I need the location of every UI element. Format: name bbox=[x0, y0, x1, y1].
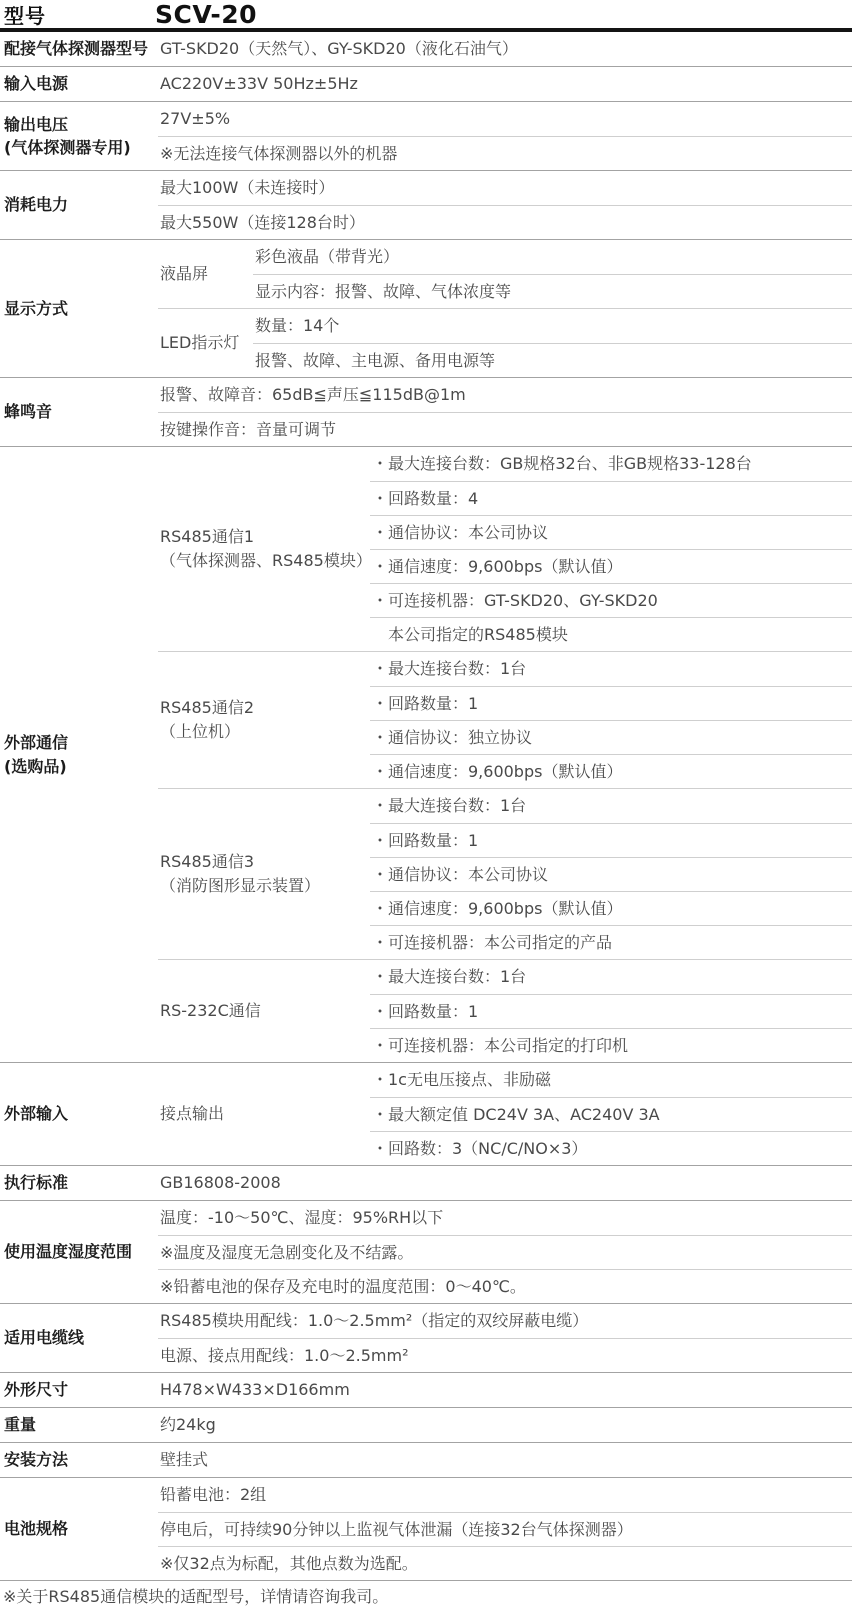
spec-row: ・通信速度：9,600bps（默认值） bbox=[370, 549, 852, 583]
section-body: 接点输出 ・1c无电压接点、非励磁 ・最大额定值 DC24V 3A、AC240V… bbox=[158, 1063, 852, 1165]
section-label: 外形尺寸 bbox=[4, 1378, 158, 1401]
spec-row: ※仅32点为标配，其他点数为选配。 bbox=[158, 1546, 852, 1580]
section-label-block: 适用电缆线 bbox=[0, 1304, 158, 1372]
group-sublabel: （气体探测器、RS485模块） bbox=[160, 549, 370, 573]
spec-row: 27V±5% bbox=[158, 102, 852, 136]
spec-row: 电源、接点用配线：1.0～2.5mm² bbox=[158, 1338, 852, 1372]
section-label: 执行标准 bbox=[4, 1171, 158, 1194]
section-label-block: 安装方法 bbox=[0, 1443, 158, 1477]
section-label-block: 重量 bbox=[0, 1408, 158, 1442]
footnote: ※关于RS485通信模块的适配型号，详情请咨询我司。 bbox=[0, 1581, 852, 1608]
section-output-voltage: 输出电压 (气体探测器专用) 27V±5% ※无法连接气体探测器以外的机器 bbox=[0, 102, 852, 171]
group-label-block: RS485通信2 （上位机） bbox=[158, 652, 370, 788]
spec-row: ・最大连接台数：GB规格32台、非GB规格33-128台 bbox=[370, 447, 852, 481]
section-label: 消耗电力 bbox=[4, 193, 158, 216]
group-label: 接点输出 bbox=[160, 1102, 370, 1126]
section-body: 27V±5% ※无法连接气体探测器以外的机器 bbox=[158, 102, 852, 170]
group-lcd: 液晶屏 彩色液晶（带背光） 显示内容：报警、故障、气体浓度等 bbox=[158, 240, 852, 308]
section-label: 显示方式 bbox=[4, 297, 158, 320]
group-label: RS-232C通信 bbox=[160, 999, 370, 1023]
group-label-block: LED指示灯 bbox=[158, 309, 253, 377]
group-label-block: RS485通信1 （气体探测器、RS485模块） bbox=[158, 447, 370, 651]
group-label-block: RS485通信3 （消防图形显示装置） bbox=[158, 789, 370, 959]
section-label-block: 显示方式 bbox=[0, 240, 158, 377]
group-body: 彩色液晶（带背光） 显示内容：报警、故障、气体浓度等 bbox=[253, 240, 852, 308]
spec-row: ※无法连接气体探测器以外的机器 bbox=[158, 136, 852, 170]
group-body: ・最大连接台数：1台 ・回路数量：1 ・通信协议：独立协议 ・通信速度：9,60… bbox=[370, 652, 852, 788]
section-sublabel: (气体探测器专用) bbox=[4, 136, 158, 159]
spec-row: ・回路数量：1 bbox=[370, 823, 852, 857]
spec-row: ・回路数量：1 bbox=[370, 994, 852, 1028]
section-label: 输出电压 bbox=[4, 113, 158, 136]
section-input-power: 输入电源 AC220V±33V 50Hz±5Hz bbox=[0, 67, 852, 102]
spec-row: ・通信速度：9,600bps（默认值） bbox=[370, 891, 852, 925]
section-sublabel: (选购品) bbox=[4, 755, 158, 778]
spec-row: 最大100W（未连接时） bbox=[158, 171, 852, 205]
group-led: LED指示灯 数量：14个 报警、故障、主电源、备用电源等 bbox=[158, 308, 852, 377]
spec-row: ・最大连接台数：1台 bbox=[370, 960, 852, 994]
section-display: 显示方式 液晶屏 彩色液晶（带背光） 显示内容：报警、故障、气体浓度等 LED指… bbox=[0, 240, 852, 378]
section-label: 配接气体探测器型号 bbox=[4, 37, 158, 60]
spec-row: 按键操作音：音量可调节 bbox=[158, 412, 852, 446]
spec-row: ・可连接机器：本公司指定的打印机 bbox=[370, 1028, 852, 1062]
group-label: RS485通信1 bbox=[160, 525, 370, 549]
group-label-block: 液晶屏 bbox=[158, 240, 253, 308]
section-cables: 适用电缆线 RS485模块用配线：1.0～2.5mm²（指定的双绞屏蔽电缆） 电… bbox=[0, 1304, 852, 1373]
section-power-consumption: 消耗电力 最大100W（未连接时） 最大550W（连接128台时） bbox=[0, 171, 852, 240]
section-label: 安装方法 bbox=[4, 1448, 158, 1471]
group-body: ・1c无电压接点、非励磁 ・最大额定值 DC24V 3A、AC240V 3A ・… bbox=[370, 1063, 852, 1165]
section-label: 重量 bbox=[4, 1413, 158, 1436]
section-label-block: 使用温度湿度范围 bbox=[0, 1201, 158, 1303]
spec-row: RS485模块用配线：1.0～2.5mm²（指定的双绞屏蔽电缆） bbox=[158, 1304, 852, 1338]
spec-row: 停电后，可持续90分钟以上监视气体泄漏（连接32台气体探测器） bbox=[158, 1512, 852, 1546]
group-label: 液晶屏 bbox=[160, 262, 253, 286]
section-label-block: 电池规格 bbox=[0, 1478, 158, 1580]
section-battery: 电池规格 铅蓄电池：2组 停电后，可持续90分钟以上监视气体泄漏（连接32台气体… bbox=[0, 1478, 852, 1581]
spec-row: ・通信协议：本公司协议 bbox=[370, 515, 852, 549]
section-body: 报警、故障音：65dB≦声压≦115dB@1m 按键操作音：音量可调节 bbox=[158, 378, 852, 446]
section-label-block: 消耗电力 bbox=[0, 171, 158, 239]
section-body: 约24kg bbox=[158, 1408, 852, 1442]
section-body: RS485模块用配线：1.0～2.5mm²（指定的双绞屏蔽电缆） 电源、接点用配… bbox=[158, 1304, 852, 1372]
spec-row: AC220V±33V 50Hz±5Hz bbox=[158, 67, 852, 101]
spec-row: 显示内容：报警、故障、气体浓度等 bbox=[253, 274, 852, 308]
group-body: ・最大连接台数：1台 ・回路数量：1 ・通信协议：本公司协议 ・通信速度：9,6… bbox=[370, 789, 852, 959]
section-label-block: 外形尺寸 bbox=[0, 1373, 158, 1407]
section-body: RS485通信1 （气体探测器、RS485模块） ・最大连接台数：GB规格32台… bbox=[158, 447, 852, 1062]
section-label: 使用温度湿度范围 bbox=[4, 1240, 158, 1263]
section-label: 电池规格 bbox=[4, 1517, 158, 1540]
section-body: AC220V±33V 50Hz±5Hz bbox=[158, 67, 852, 101]
spec-row: ※铅蓄电池的保存及充电时的温度范围：0～40℃。 bbox=[158, 1269, 852, 1303]
group-body: ・最大连接台数：GB规格32台、非GB规格33-128台 ・回路数量：4 ・通信… bbox=[370, 447, 852, 651]
model-label: 型号 bbox=[0, 0, 155, 29]
spec-row: ・1c无电压接点、非励磁 bbox=[370, 1063, 852, 1097]
section-label-block: 输出电压 (气体探测器专用) bbox=[0, 102, 158, 170]
section-dimensions: 外形尺寸 H478×W433×D166mm bbox=[0, 1373, 852, 1408]
section-weight: 重量 约24kg bbox=[0, 1408, 852, 1443]
spec-row: 报警、故障音：65dB≦声压≦115dB@1m bbox=[158, 378, 852, 412]
group-sublabel: （消防图形显示装置） bbox=[160, 874, 370, 898]
table-header: 型号 SCV-20 bbox=[0, 0, 852, 32]
section-body: 温度：-10～50℃、湿度：95%RH以下 ※温度及湿度无急剧变化及不结露。 ※… bbox=[158, 1201, 852, 1303]
group-label-block: 接点输出 bbox=[158, 1063, 370, 1165]
spec-row: 温度：-10～50℃、湿度：95%RH以下 bbox=[158, 1201, 852, 1235]
spec-row: ・可连接机器：GT-SKD20、GY-SKD20 bbox=[370, 583, 852, 617]
group-label: LED指示灯 bbox=[160, 331, 253, 355]
group-body: 数量：14个 报警、故障、主电源、备用电源等 bbox=[253, 309, 852, 377]
spec-row: H478×W433×D166mm bbox=[158, 1373, 852, 1407]
spec-row: ・最大额定值 DC24V 3A、AC240V 3A bbox=[370, 1097, 852, 1131]
section-label: 适用电缆线 bbox=[4, 1326, 158, 1349]
spec-row: ・通信协议：独立协议 bbox=[370, 720, 852, 754]
section-compatible-detectors: 配接气体探测器型号 GT-SKD20（天然气）、GY-SKD20（液化石油气） bbox=[0, 32, 852, 67]
spec-row: ・通信协议：本公司协议 bbox=[370, 857, 852, 891]
section-body: 液晶屏 彩色液晶（带背光） 显示内容：报警、故障、气体浓度等 LED指示灯 数量… bbox=[158, 240, 852, 377]
spec-row: 彩色液晶（带背光） bbox=[253, 240, 852, 274]
spec-row: 最大550W（连接128台时） bbox=[158, 205, 852, 239]
section-external-input: 外部输入 接点输出 ・1c无电压接点、非励磁 ・最大额定值 DC24V 3A、A… bbox=[0, 1063, 852, 1166]
spec-row: 壁挂式 bbox=[158, 1443, 852, 1477]
section-body: GT-SKD20（天然气）、GY-SKD20（液化石油气） bbox=[158, 32, 852, 66]
section-label: 外部输入 bbox=[4, 1102, 158, 1125]
spec-row: 报警、故障、主电源、备用电源等 bbox=[253, 343, 852, 377]
spec-row: ・回路数量：4 bbox=[370, 481, 852, 515]
section-standard: 执行标准 GB16808-2008 bbox=[0, 1166, 852, 1201]
group-label: RS485通信3 bbox=[160, 850, 370, 874]
spec-row: 铅蓄电池：2组 bbox=[158, 1478, 852, 1512]
section-label-block: 输入电源 bbox=[0, 67, 158, 101]
group-rs485-3: RS485通信3 （消防图形显示装置） ・最大连接台数：1台 ・回路数量：1 ・… bbox=[158, 788, 852, 959]
spec-row: ※温度及湿度无急剧变化及不结露。 bbox=[158, 1235, 852, 1269]
spec-row: GB16808-2008 bbox=[158, 1166, 852, 1200]
section-body: H478×W433×D166mm bbox=[158, 1373, 852, 1407]
section-label: 外部通信 bbox=[4, 731, 158, 754]
group-rs485-1: RS485通信1 （气体探测器、RS485模块） ・最大连接台数：GB规格32台… bbox=[158, 447, 852, 651]
section-external-comm: 外部通信 (选购品) RS485通信1 （气体探测器、RS485模块） ・最大连… bbox=[0, 447, 852, 1063]
section-body: GB16808-2008 bbox=[158, 1166, 852, 1200]
spec-row: ・最大连接台数：1台 bbox=[370, 652, 852, 686]
group-rs232c: RS-232C通信 ・最大连接台数：1台 ・回路数量：1 ・可连接机器：本公司指… bbox=[158, 959, 852, 1062]
section-label-block: 执行标准 bbox=[0, 1166, 158, 1200]
section-label-block: 外部输入 bbox=[0, 1063, 158, 1165]
section-label: 蜂鸣音 bbox=[4, 400, 158, 423]
group-body: ・最大连接台数：1台 ・回路数量：1 ・可连接机器：本公司指定的打印机 bbox=[370, 960, 852, 1062]
model-value: SCV-20 bbox=[155, 0, 257, 29]
section-label-block: 蜂鸣音 bbox=[0, 378, 158, 446]
spec-table: 型号 SCV-20 配接气体探测器型号 GT-SKD20（天然气）、GY-SKD… bbox=[0, 0, 852, 1608]
spec-row: 本公司指定的RS485模块 bbox=[370, 617, 852, 651]
group-sublabel: （上位机） bbox=[160, 720, 370, 744]
section-mounting: 安装方法 壁挂式 bbox=[0, 1443, 852, 1478]
spec-row: ・回路数：3（NC/C/NO×3） bbox=[370, 1131, 852, 1165]
section-body: 最大100W（未连接时） 最大550W（连接128台时） bbox=[158, 171, 852, 239]
spec-row: ・回路数量：1 bbox=[370, 686, 852, 720]
section-body: 铅蓄电池：2组 停电后，可持续90分钟以上监视气体泄漏（连接32台气体探测器） … bbox=[158, 1478, 852, 1580]
spec-row: ・最大连接台数：1台 bbox=[370, 789, 852, 823]
section-buzzer: 蜂鸣音 报警、故障音：65dB≦声压≦115dB@1m 按键操作音：音量可调节 bbox=[0, 378, 852, 447]
spec-row: ・通信速度：9,600bps（默认值） bbox=[370, 754, 852, 788]
spec-row: GT-SKD20（天然气）、GY-SKD20（液化石油气） bbox=[158, 32, 852, 66]
section-label-block: 配接气体探测器型号 bbox=[0, 32, 158, 66]
section-label: 输入电源 bbox=[4, 72, 158, 95]
spec-row: 数量：14个 bbox=[253, 309, 852, 343]
group-label-block: RS-232C通信 bbox=[158, 960, 370, 1062]
section-body: 壁挂式 bbox=[158, 1443, 852, 1477]
spec-row: 约24kg bbox=[158, 1408, 852, 1442]
section-label-block: 外部通信 (选购品) bbox=[0, 447, 158, 1062]
group-rs485-2: RS485通信2 （上位机） ・最大连接台数：1台 ・回路数量：1 ・通信协议：… bbox=[158, 651, 852, 788]
spec-row: ・可连接机器：本公司指定的产品 bbox=[370, 925, 852, 959]
group-label: RS485通信2 bbox=[160, 696, 370, 720]
group-contact-output: 接点输出 ・1c无电压接点、非励磁 ・最大额定值 DC24V 3A、AC240V… bbox=[158, 1063, 852, 1165]
section-operating-range: 使用温度湿度范围 温度：-10～50℃、湿度：95%RH以下 ※温度及湿度无急剧… bbox=[0, 1201, 852, 1304]
